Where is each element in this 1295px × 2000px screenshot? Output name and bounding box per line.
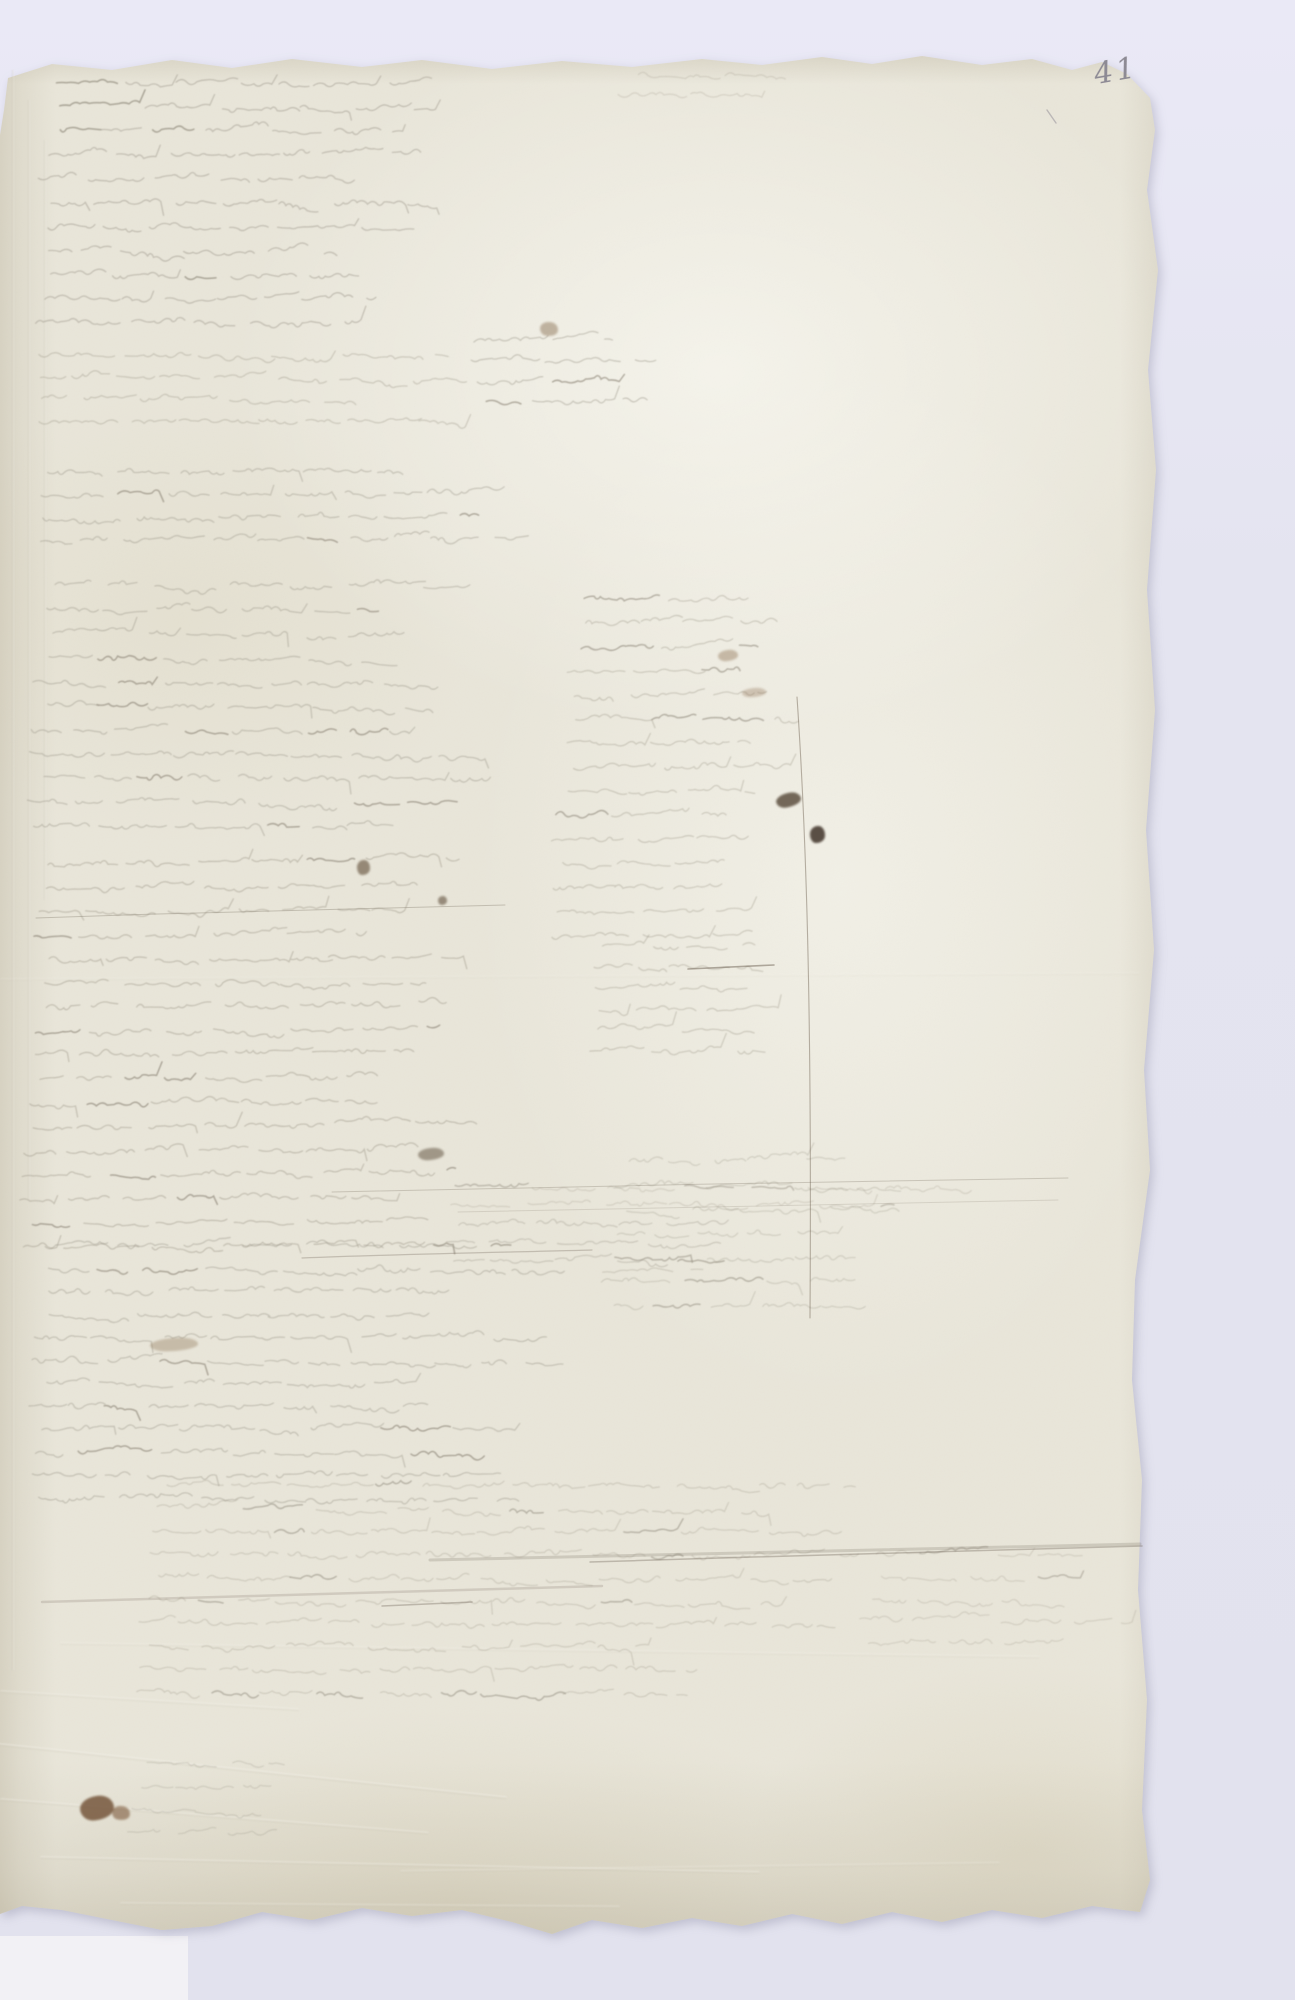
paper-shadow	[0, 0, 1295, 2000]
scanned-manuscript-photo: 41	[0, 0, 1295, 2000]
paper-texture	[0, 50, 1168, 1942]
manuscript-page	[0, 50, 1168, 1942]
